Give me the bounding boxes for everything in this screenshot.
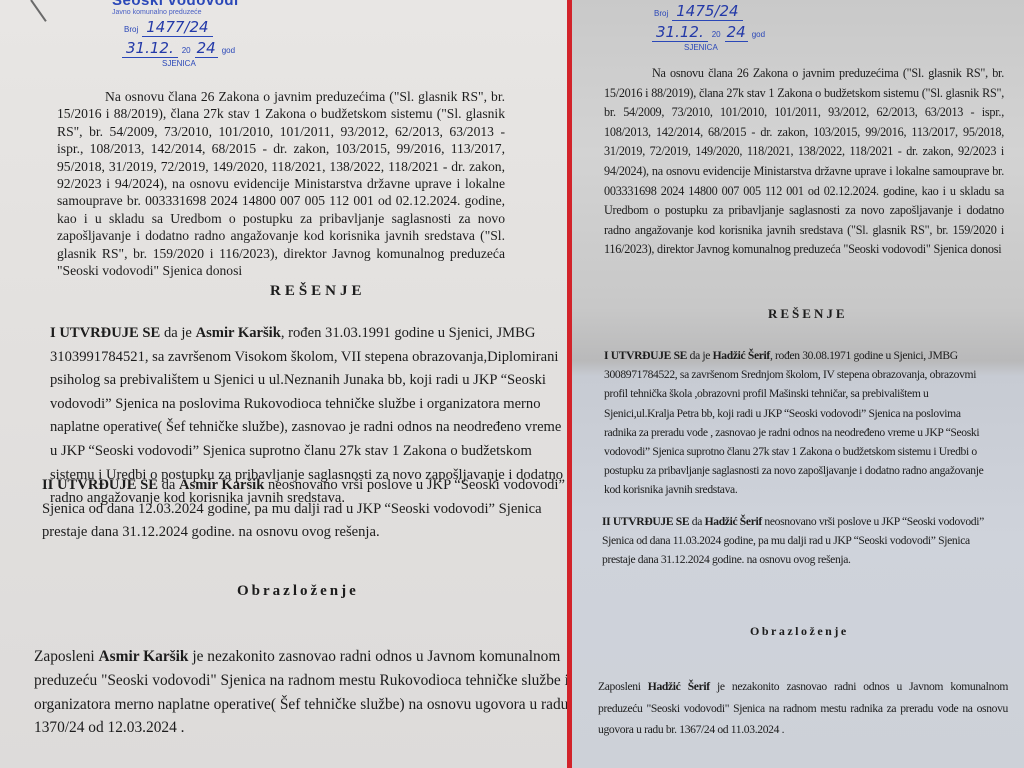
employee-name: Asmir Karšik	[179, 477, 264, 493]
point-1-connector: da je	[687, 349, 713, 362]
decision-title: REŠENJE	[768, 306, 848, 322]
document-right: Broj 1475/24 31.12. 20 24 god SJENICA Na…	[572, 0, 1024, 768]
stamp-date-year: 24	[195, 39, 218, 58]
reasoning: Zaposleni Asmir Karšik je nezakonito zas…	[34, 645, 567, 740]
employee-name: Hadžić Šerif	[705, 515, 762, 528]
preamble-text: Na osnovu člana 26 Zakona o javnim predu…	[604, 64, 1004, 260]
employee-name: Asmir Karšik	[99, 648, 189, 665]
reasoning: Zaposleni Hadžić Šerif je nezakonito zas…	[598, 676, 1008, 741]
stamp-date-suffix: god	[752, 30, 765, 39]
document-left: Seoski vodovodi Javno komunalno preduzeć…	[0, 0, 567, 768]
point-2-lead: II UTVRĐUJE SE	[42, 477, 158, 493]
reasoning-lead: Zaposleni	[598, 680, 648, 693]
reasoning-title: Obrazloženje	[237, 583, 359, 600]
registry-stamp: Broj 1475/24 31.12. 20 24 god SJENICA	[654, 0, 765, 52]
stamp-number-label: Broj	[654, 9, 668, 18]
point-1-lead: I UTVRĐUJE SE	[50, 325, 160, 341]
point-2-connector: da	[158, 477, 179, 493]
point-2: II UTVRĐUJE SE da Asmir Karšik neosnovan…	[42, 474, 567, 545]
stamp-organization: Seoski vodovodi	[112, 0, 239, 9]
stamp-place: SJENICA	[684, 43, 765, 52]
point-2: II UTVRĐUJE SE da Hadžić Šerif neosnovan…	[602, 512, 1002, 570]
stamp-date-day: 31.12.	[652, 23, 708, 42]
stamp-number-label: Broj	[124, 25, 138, 34]
stamp-number: 1475/24	[672, 2, 742, 21]
stamp-subtitle: Javno komunalno preduzeće	[112, 9, 239, 16]
employee-name: Hadžić Šerif	[713, 349, 770, 362]
preamble: Na osnovu člana 26 Zakona o javnim predu…	[604, 64, 1004, 260]
point-1-text: , rođen 30.08.1971 godine u Sjenici, JMB…	[604, 349, 983, 496]
reasoning-title: Obrazloženje	[750, 624, 849, 639]
pen-mark	[30, 0, 47, 22]
stamp-year-prefix: 20	[182, 46, 191, 55]
employee-name: Asmir Karšik	[196, 325, 281, 341]
preamble-text: Na osnovu člana 26 Zakona o javnim predu…	[57, 88, 505, 279]
point-1: I UTVRĐUJE SE da je Hadžić Šerif, rođen …	[604, 346, 988, 500]
preamble: Na osnovu člana 26 Zakona o javnim predu…	[57, 88, 505, 279]
stamp-number: 1477/24	[142, 18, 212, 37]
point-2-lead: II UTVRĐUJE SE	[602, 515, 689, 528]
stamp-date-year: 24	[725, 23, 748, 42]
stamp-date-day: 31.12.	[122, 39, 178, 58]
stamp-year-prefix: 20	[712, 30, 721, 39]
reasoning-lead: Zaposleni	[34, 648, 99, 665]
point-2-connector: da	[689, 515, 704, 528]
stamp-place: SJENICA	[162, 59, 239, 68]
point-1-connector: da je	[160, 325, 195, 341]
decision-title: REŠENJE	[270, 283, 366, 300]
registry-stamp: Seoski vodovodi Javno komunalno preduzeć…	[112, 0, 239, 68]
point-1-lead: I UTVRĐUJE SE	[604, 349, 687, 362]
employee-name: Hadžić Šerif	[648, 680, 710, 693]
stamp-date-suffix: god	[222, 46, 235, 55]
